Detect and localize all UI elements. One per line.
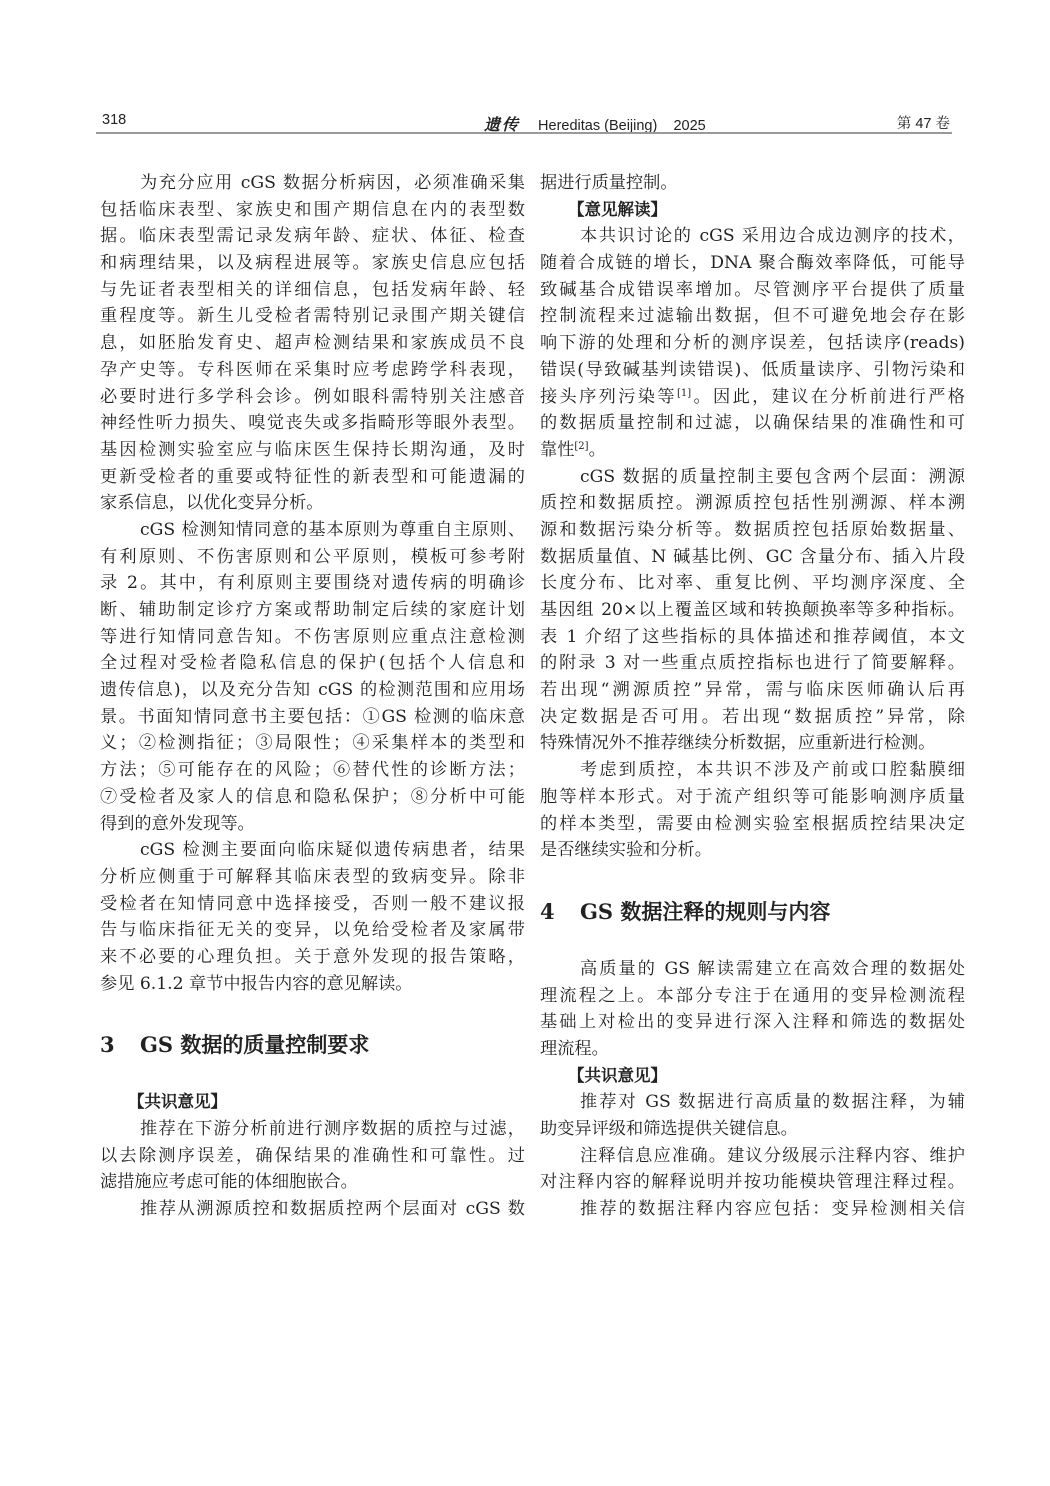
text-line: 推荐在下游分析前进行测序数据的质控与过滤，	[100, 1116, 525, 1143]
text-line: 录 2。其中，有利原则主要围绕对遗传病的明确诊	[100, 570, 525, 597]
paragraph-qc-recommendation: 推荐在下游分析前进行测序数据的质控与过滤， 以去除测序误差，确保结果的准确性和可…	[100, 1116, 525, 1196]
text-line: 孕产史等。专科医师在采集时应考虑跨学科表现，	[100, 357, 525, 384]
text-line: 方法；⑤可能存在的风险；⑥替代性的诊断方法；	[100, 757, 525, 784]
paragraph-annotation-accuracy: 注释信息应准确。建议分级展示注释内容、维护 对注释内容的解释说明并按功能模块管理…	[540, 1143, 965, 1196]
text-line: 表 1 介绍了这些指标的具体描述和推荐阈值，本文	[540, 624, 965, 651]
text-span: 接头序列污染等	[540, 387, 677, 407]
text-line: cGS 检测知情同意的基本原则为尊重自主原则、	[100, 517, 525, 544]
text-span: 。因此，建议在分析前进行严格	[691, 387, 965, 407]
text-line: 参见 6.1.2 章节中报告内容的意见解读。	[100, 971, 525, 998]
paragraph-qc-levels: 推荐从溯源质控和数据质控两个层面对 cGS 数	[100, 1196, 525, 1223]
citation-ref-1[interactable]: [1]	[677, 388, 691, 399]
text-line: 高质量的 GS 解读需建立在高效合理的数据处	[540, 956, 965, 983]
text-line: 决定数据是否可用。若出现“数据质控”异常，除	[540, 704, 965, 731]
text-line: 是否继续实验和分析。	[540, 837, 965, 864]
volume-label: 第 47 卷	[897, 112, 950, 133]
text-line: 的附录 3 对一些重点质控指标也进行了简要解释。	[540, 650, 965, 677]
text-line: 包括临床表型、家族史和围产期信息在内的表型数	[100, 197, 525, 224]
running-header: 318 遗传 Hereditas (Beijing) 2025 第 47 卷	[100, 108, 952, 132]
text-line: 重程度等。新生儿受检者需特别记录围产期关键信	[100, 303, 525, 330]
text-line: 更新受检者的重要或特征性的新表型和可能遗漏的	[100, 464, 525, 491]
text-span: 靠性	[540, 440, 574, 460]
text-line: 注释信息应准确。建议分级展示注释内容、维护	[540, 1143, 965, 1170]
text-line: 助变异评级和筛选提供关键信息。	[540, 1116, 965, 1143]
section-number: 4	[540, 894, 580, 930]
paragraph-sequencing-errors: 本共识讨论的 cGS 采用边合成边测序的技术， 随着合成链的增长，DNA 聚合酶…	[540, 223, 965, 463]
text-line: 遗传信息)，以及充分告知 cGS 的检测范围和应用场	[100, 677, 525, 704]
text-line: cGS 检测主要面向临床疑似遗传病患者，结果	[100, 837, 525, 864]
text-line: 息，如胚胎发育史、超声检测结果和家族成员不良	[100, 330, 525, 357]
text-line: 来不必要的心理负担。关于意外发现的报告策略，	[100, 944, 525, 971]
paragraph-sample-types: 考虑到质控，本共识不涉及产前或口腔黏膜细 胞等样本形式。对于流产组织等可能影响测…	[540, 757, 965, 864]
text-line: 接头序列污染等[1]。因此，建议在分析前进行严格	[540, 384, 965, 411]
right-column: 据进行质量控制。 【意见解读】 本共识讨论的 cGS 采用边合成边测序的技术， …	[540, 170, 965, 1223]
text-line: 得到的意外发现等。	[100, 811, 525, 838]
text-line: 滤措施应考虑可能的体细胞嵌合。	[100, 1169, 525, 1196]
section-heading-4: 4GS 数据注释的规则与内容	[540, 894, 965, 930]
consensus-tag: 【共识意见】	[540, 1063, 965, 1090]
text-line: 推荐的数据注释内容应包括：变异检测相关信	[540, 1196, 965, 1223]
text-line: ⑦受检者及家人的信息和隐私保护；⑧分析中可能	[100, 784, 525, 811]
text-line: 本共识讨论的 cGS 采用边合成边测序的技术，	[540, 223, 965, 250]
text-span: 。	[589, 440, 606, 460]
text-line: 长度分布、比对率、重复比例、平均测序深度、全	[540, 570, 965, 597]
text-line: 的样本类型，需要由检测实验室根据质控结果决定	[540, 811, 965, 838]
text-line: 若出现“溯源质控”异常，需与临床医师确认后再	[540, 677, 965, 704]
text-line: 等进行知情同意告知。不伤害原则应重点注意检测	[100, 624, 525, 651]
text-line: 对注释内容的解释说明并按功能模块管理注释过程。	[540, 1169, 965, 1196]
left-column: 为充分应用 cGS 数据分析病因，必须准确采集 包括临床表型、家族史和围产期信息…	[100, 170, 525, 1223]
text-line: 控制流程来过滤输出数据，但不可避免地会存在影	[540, 303, 965, 330]
text-line: 义；②检测指征；③局限性；④采集样本的类型和	[100, 730, 525, 757]
text-line: 考虑到质控，本共识不涉及产前或口腔黏膜细	[540, 757, 965, 784]
section-number: 3	[100, 1027, 140, 1063]
text-line: 致碱基合成错误率增加。尽管测序平台提供了质量	[540, 277, 965, 304]
text-line: 推荐对 GS 数据进行高质量的数据注释，为辅	[540, 1089, 965, 1116]
text-line: 理流程之上。本部分专注于在通用的变异检测流程	[540, 983, 965, 1010]
text-line: 必要时进行多学科会诊。例如眼科需特别关注感音	[100, 384, 525, 411]
header-divider	[96, 132, 952, 134]
section-heading-3: 3GS 数据的质量控制要求	[100, 1027, 525, 1063]
text-line: 基础上对检出的变异进行深入注释和筛选的数据处	[540, 1009, 965, 1036]
text-line: 与先证者表型相关的详细信息，包括发病年龄、轻	[100, 277, 525, 304]
text-line: 家系信息，以优化变异分析。	[100, 490, 525, 517]
text-line: 靠性[2]。	[540, 437, 965, 464]
text-line: 基因组 20×以上覆盖区域和转换颠换率等多种指标。	[540, 597, 965, 624]
text-line: 推荐从溯源质控和数据质控两个层面对 cGS 数	[100, 1196, 525, 1223]
page-number: 318	[102, 112, 126, 128]
text-line: 为充分应用 cGS 数据分析病因，必须准确采集	[100, 170, 525, 197]
consensus-tag: 【共识意见】	[100, 1089, 525, 1116]
text-line: 特殊情况外不推荐继续分析数据，应重新进行检测。	[540, 730, 965, 757]
text-line: 以去除测序误差，确保结果的准确性和可靠性。过	[100, 1143, 525, 1170]
text-line: 理流程。	[540, 1036, 965, 1063]
text-line: 据。临床表型需记录发病年龄、症状、体征、检查	[100, 223, 525, 250]
text-line: 断、辅助制定诊疗方案或帮助制定后续的家庭计划	[100, 597, 525, 624]
text-line: 据进行质量控制。	[540, 170, 965, 197]
text-line: 质控和数据质控。溯源质控包括性别溯源、样本溯	[540, 490, 965, 517]
text-line: 神经性听力损失、嗅觉丧失或多指畸形等眼外表型。	[100, 410, 525, 437]
text-line: 源和数据污染分析等。数据质控包括原始数据量、	[540, 517, 965, 544]
text-line: 基因检测实验室应与临床医生保持长期沟通，及时	[100, 437, 525, 464]
paragraph-informed-consent: cGS 检测知情同意的基本原则为尊重自主原则、 有利原则、不伤害原则和公平原则，…	[100, 517, 525, 837]
text-line: cGS 数据的质量控制主要包含两个层面：溯源	[540, 464, 965, 491]
paragraph-annotation-content: 推荐的数据注释内容应包括：变异检测相关信	[540, 1196, 965, 1223]
paragraph-qc-metrics: cGS 数据的质量控制主要包含两个层面：溯源 质控和数据质控。溯源质控包括性别溯…	[540, 464, 965, 758]
text-line: 分析应侧重于可解释其临床表型的致病变异。除非	[100, 864, 525, 891]
interpretation-tag: 【意见解读】	[540, 197, 965, 224]
text-line: 有利原则、不伤害原则和公平原则，模板可参考附	[100, 544, 525, 571]
section-title: GS 数据注释的规则与内容	[580, 899, 830, 924]
citation-ref-2[interactable]: [2]	[574, 441, 588, 452]
text-line: 告与临床指征无关的变异，以免给受检者及家属带	[100, 917, 525, 944]
text-line: 错误(导致碱基判读错误)、低质量读序、引物污染和	[540, 357, 965, 384]
text-line: 受检者在知情同意中选择接受，否则一般不建议报	[100, 891, 525, 918]
text-line: 和病理结果，以及病程进展等。家族史信息应包括	[100, 250, 525, 277]
paragraph-annotation-intro: 高质量的 GS 解读需建立在高效合理的数据处 理流程之上。本部分专注于在通用的变…	[540, 956, 965, 1063]
text-line: 随着合成链的增长，DNA 聚合酶效率降低，可能导	[540, 250, 965, 277]
section-title: GS 数据的质量控制要求	[140, 1032, 369, 1057]
text-line: 的数据质量控制和过滤，以确保结果的准确性和可	[540, 410, 965, 437]
text-line: 全过程对受检者隐私信息的保护(包括个人信息和	[100, 650, 525, 677]
paragraph-incidental-findings: cGS 检测主要面向临床疑似遗传病患者，结果 分析应侧重于可解释其临床表型的致病…	[100, 837, 525, 997]
text-line: 胞等样本形式。对于流产组织等可能影响测序质量	[540, 784, 965, 811]
text-line: 响下游的处理和分析的测序误差，包括读序(reads)	[540, 330, 965, 357]
paragraph-annotation-recommendation: 推荐对 GS 数据进行高质量的数据注释，为辅 助变异评级和筛选提供关键信息。	[540, 1089, 965, 1142]
paragraph-phenotype: 为充分应用 cGS 数据分析病因，必须准确采集 包括临床表型、家族史和围产期信息…	[100, 170, 525, 517]
text-line: 数据质量值、N 碱基比例、GC 含量分布、插入片段	[540, 544, 965, 571]
text-line: 景。书面知情同意书主要包括：①GS 检测的临床意	[100, 704, 525, 731]
